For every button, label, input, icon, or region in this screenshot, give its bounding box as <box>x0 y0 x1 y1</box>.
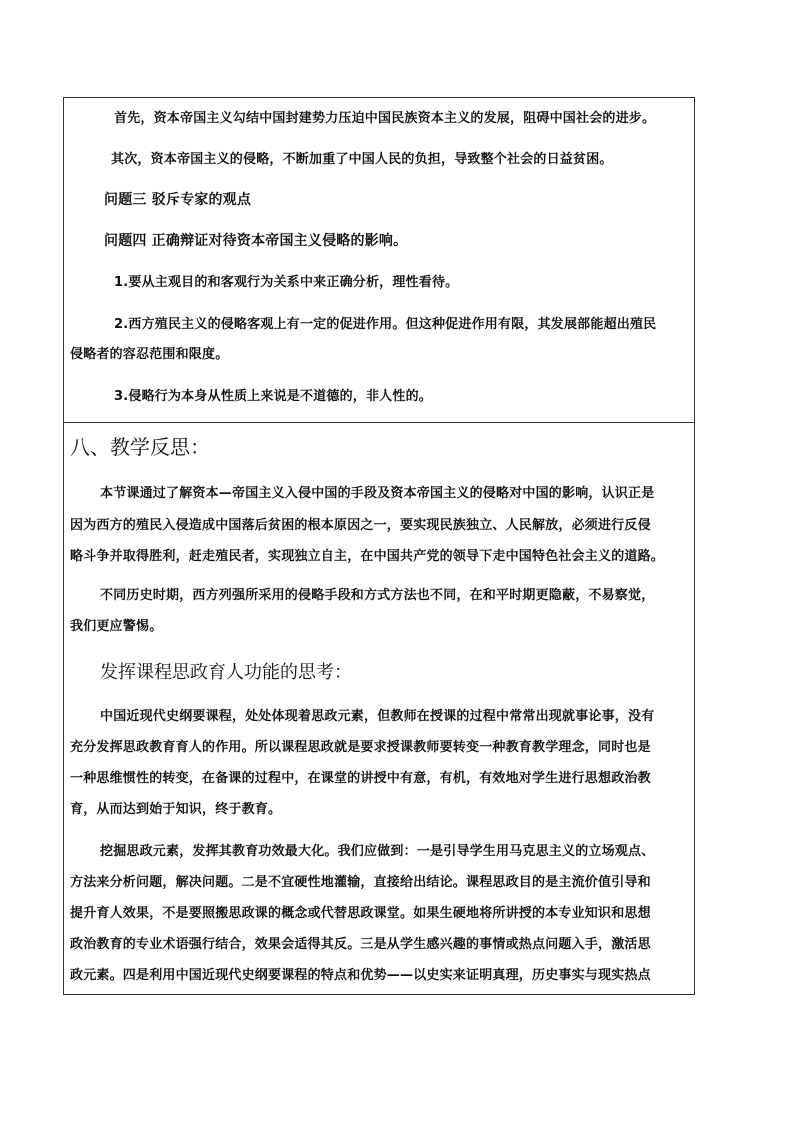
list-item-1: 1.要从主观目的和客观行为关系中来正确分析，理性看待。 <box>114 271 458 290</box>
table-cell-reflection: 八、教学反思： 本节课通过了解资本—帝国主义入侵中国的手段及资本帝国主义的侵略对… <box>64 422 694 994</box>
paragraph-line: 政元素。四是利用中国近现代史纲要课程的特点和优势——以史实来证明真理，历史事实与… <box>70 964 651 983</box>
list-item-2: 2.西方殖民主义的侵略客观上有一定的促进作用。但这种促进作用有限，其发展部能超出… <box>114 313 656 332</box>
paragraph-line: 不同历史时期，西方列强所采用的侵略手段和方式方法也不同，在和平时期更隐蔽，不易察… <box>100 584 654 603</box>
paragraph-line: 挖掘思政元素，发挥其教育功效最大化。我们应做到：一是引导学生用马克思主义的立场观… <box>100 840 654 859</box>
paragraph-line: 育，从而达到始于知识，终于教育。 <box>70 798 281 817</box>
subheading: 发挥课程思政育人功能的思考： <box>100 658 352 684</box>
question-three-heading: 问题三 驳斥专家的观点 <box>104 189 251 209</box>
paragraph-line: 其次，资本帝国主义的侵略，不断加重了中国人民的负担，导致整个社会的日益贫困。 <box>111 148 613 167</box>
paragraph-line: 略斗争并取得胜利，赶走殖民者，实现独立自主，在中国共产党的领导下走中国特色社会主… <box>70 545 664 564</box>
list-item-2-cont: 侵略者的容忍范围和限度。 <box>70 343 228 362</box>
paragraph-line: 首先，资本帝国主义勾结中国封建势力压迫中国民族资本主义的发展，阻碍中国社会的进步… <box>114 107 655 126</box>
document-table: 首先，资本帝国主义勾结中国封建势力压迫中国民族资本主义的发展，阻碍中国社会的进步… <box>63 97 695 995</box>
paragraph-line: 中国近现代史纲要课程，处处体现着思政元素，但教师在授课的过程中常常出现就事论事，… <box>100 705 654 724</box>
paragraph-line: 一种思维惯性的转变，在备课的过程中，在课堂的讲授中有意，有机，有效地对学生进行思… <box>70 767 651 786</box>
paragraph-line: 提升育人效果，不是要照搬思政课的概念或代替思政课堂。如果生硬地将所讲授的本专业知… <box>70 902 651 921</box>
paragraph-line: 本节课通过了解资本—帝国主义入侵中国的手段及资本帝国主义的侵略对中国的影响，认识… <box>100 482 654 501</box>
section-heading: 八、教学反思： <box>70 431 210 460</box>
paragraph-line: 充分发挥思政教育育人的作用。所以课程思政就是要求授课教师要转变一种教育教学理念，… <box>70 736 651 755</box>
paragraph-line: 方法来分析问题，解决问题。二是不宜硬性地灌输，直接给出结论。课程思政目的是主流价… <box>70 871 651 890</box>
paragraph-line: 我们更应警惕。 <box>70 615 162 634</box>
list-item-3: 3.侵略行为本身从性质上来说是不道德的，非人性的。 <box>114 385 432 404</box>
table-cell-analysis: 首先，资本帝国主义勾结中国封建势力压迫中国民族资本主义的发展，阻碍中国社会的进步… <box>64 98 694 423</box>
question-four-heading: 问题四 正确辩证对待资本帝国主义侵略的影响。 <box>104 230 407 250</box>
paragraph-line: 政治教育的专业术语强行结合，效果会适得其反。三是从学生感兴趣的事情或热点问题入手… <box>70 933 651 952</box>
paragraph-line: 因为西方的殖民入侵造成中国落后贫困的根本原因之一，要实现民族独立、人民解放，必须… <box>70 514 651 533</box>
